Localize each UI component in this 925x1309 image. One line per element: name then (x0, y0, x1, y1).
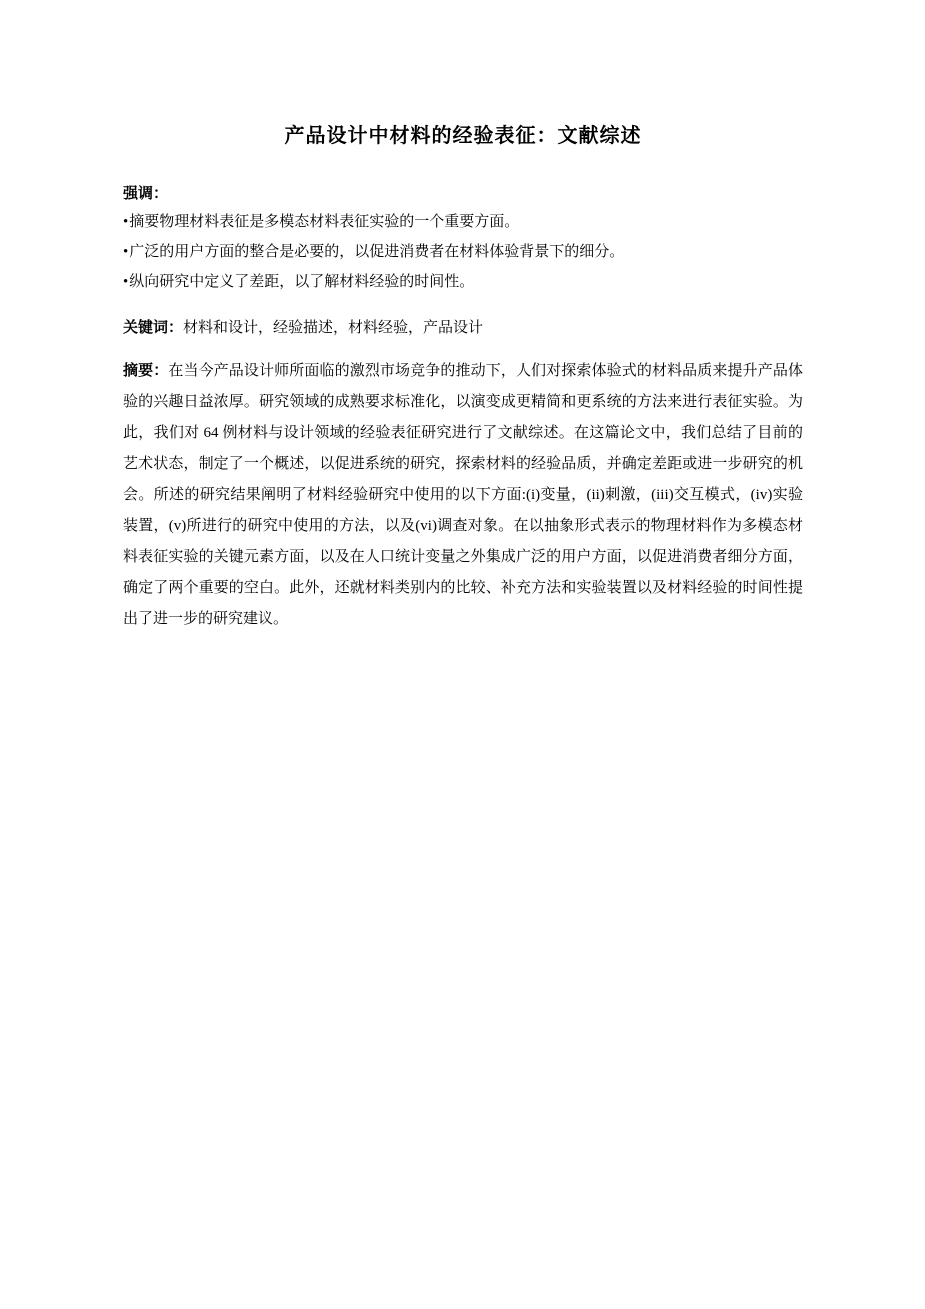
highlight-item: •纵向研究中定义了差距，以了解材料经验的时间性。 (123, 267, 803, 297)
highlights-heading: 强调： (123, 183, 803, 204)
abstract-text: 在当今产品设计师所面临的激烈市场竞争的推动下，人们对探索体验式的材料品质来提升产… (123, 363, 803, 627)
highlight-item: •摘要物理材料表征是多模态材料表征实验的一个重要方面。 (123, 207, 803, 237)
bullet-icon: • (123, 237, 128, 267)
highlight-text: 纵向研究中定义了差距，以了解材料经验的时间性。 (129, 274, 474, 290)
bullet-icon: • (123, 207, 128, 237)
highlight-text: 广泛的用户方面的整合是必要的，以促进消费者在材料体验背景下的细分。 (129, 244, 624, 260)
highlights-list: •摘要物理材料表征是多模态材料表征实验的一个重要方面。 •广泛的用户方面的整合是… (123, 207, 803, 297)
bullet-icon: • (123, 267, 128, 297)
keywords-text: 材料和设计，经验描述，材料经验，产品设计 (183, 320, 483, 336)
keywords-label: 关键词： (123, 319, 183, 336)
paper-title: 产品设计中材料的经验表征：文献综述 (123, 121, 803, 151)
highlight-item: •广泛的用户方面的整合是必要的，以促进消费者在材料体验背景下的细分。 (123, 237, 803, 267)
abstract-label: 摘要： (123, 362, 168, 379)
abstract-paragraph: 摘要：在当今产品设计师所面临的激烈市场竞争的推动下，人们对探索体验式的材料品质来… (123, 355, 803, 635)
paper-page: 产品设计中材料的经验表征：文献综述 强调： •摘要物理材料表征是多模态材料表征实… (0, 0, 925, 1309)
keywords-line: 关键词：材料和设计，经验描述，材料经验，产品设计 (123, 313, 803, 343)
highlight-text: 摘要物理材料表征是多模态材料表征实验的一个重要方面。 (129, 214, 519, 230)
